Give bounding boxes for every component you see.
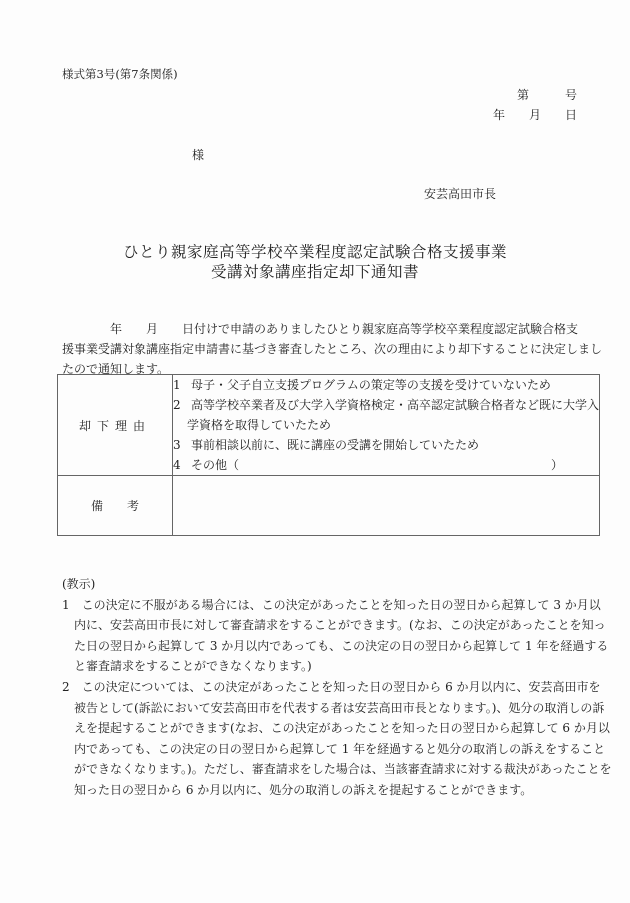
form-number: 様式第3号(第7条関係) [62,66,178,82]
reason-label: 却下理由 [58,375,173,476]
reasons-row: 却下理由 1母子・父子自立支援プログラムの策定等の支援を受けていないため 2高等… [58,375,600,476]
remarks-row: 備 考 [58,476,600,536]
reason-item-1[interactable]: 1母子・父子自立支援プログラムの策定等の支援を受けていないため [173,375,599,395]
reason-item-2-continuation: 学資格を取得していたため [173,415,599,435]
doc-number-prefix: 第 [517,86,529,103]
reason-item-3[interactable]: 3事前相談以前に、既に講座の受講を開始していたため [173,435,599,455]
note-1-line: 1 この決定に不服がある場合には、この決定があったことを知った日の翌日から起算し… [62,595,612,616]
note-2-line: 2 この決定については、この決定があったことを知った日の翌日から 6 か月以内に… [62,677,612,698]
date-year: 年 [493,106,505,123]
issuer: 安芸高田市長 [424,185,496,202]
note-2-line: 知った日の翌日から 6 か月以内に、処分の取消しの訴えを提起することができます。 [62,780,612,801]
body-line: 援事業受講対象講座指定申請書に基づき審査したところ、次の理由により却下することに… [62,339,602,359]
title-line-1: ひとり親家庭高等学校卒業程度認定試験合格支援事業 [0,240,630,262]
note-1-line: と審査請求をすることができなくなります。) [62,656,612,677]
note-1-line: 内に、安芸高田市長に対して審査請求をすることができます。(なお、この決定があった… [62,615,612,636]
note-1-line: た日の翌日から起算して 3 か月以内であっても、この決定の日の翌日から起算して … [62,636,612,657]
title-line-2: 受講対象講座指定却下通知書 [0,260,630,282]
instructions: (教示) 1 この決定に不服がある場合には、この決定があったことを知った日の翌日… [62,574,612,801]
note-2-line: ができなくなります。)。ただし、審査請求をした場合は、当該審査請求に対する裁決が… [62,759,612,780]
remarks-field[interactable] [172,476,599,536]
reason-item-2[interactable]: 2高等学校卒業者及び大学入学資格検定・高卒認定試験合格者など既に大学入 [173,395,599,415]
body-paragraph: 年 月 日付けで申請のありましたひとり親家庭高等学校卒業程度認定試験合格支 援事… [62,319,602,379]
date-month: 月 [529,106,541,123]
reason-item-4[interactable]: 4その他（ ） [173,455,599,475]
doc-number-suffix: 号 [565,86,577,103]
reason-list: 1母子・父子自立支援プログラムの策定等の支援を受けていないため 2高等学校卒業者… [172,375,599,476]
instructions-heading: (教示) [62,574,612,595]
remarks-label: 備 考 [58,476,173,536]
rejection-table: 却下理由 1母子・父子自立支援プログラムの策定等の支援を受けていないため 2高等… [57,374,600,536]
date-day: 日 [565,106,577,123]
note-2-line: 被告として(訴訟において安芸高田市を代表する者は安芸高田市長となります。)、処分… [62,698,612,719]
addressee: 様 [192,146,204,163]
body-line: 年 月 日付けで申請のありましたひとり親家庭高等学校卒業程度認定試験合格支 [62,319,602,339]
note-2-line: 内であっても、この決定の日の翌日から起算して 1 年を経過すると処分の取消しの訴… [62,739,612,760]
note-2-line: えを提起することができます(なお、この決定があったことを知った日の翌日から起算し… [62,718,612,739]
